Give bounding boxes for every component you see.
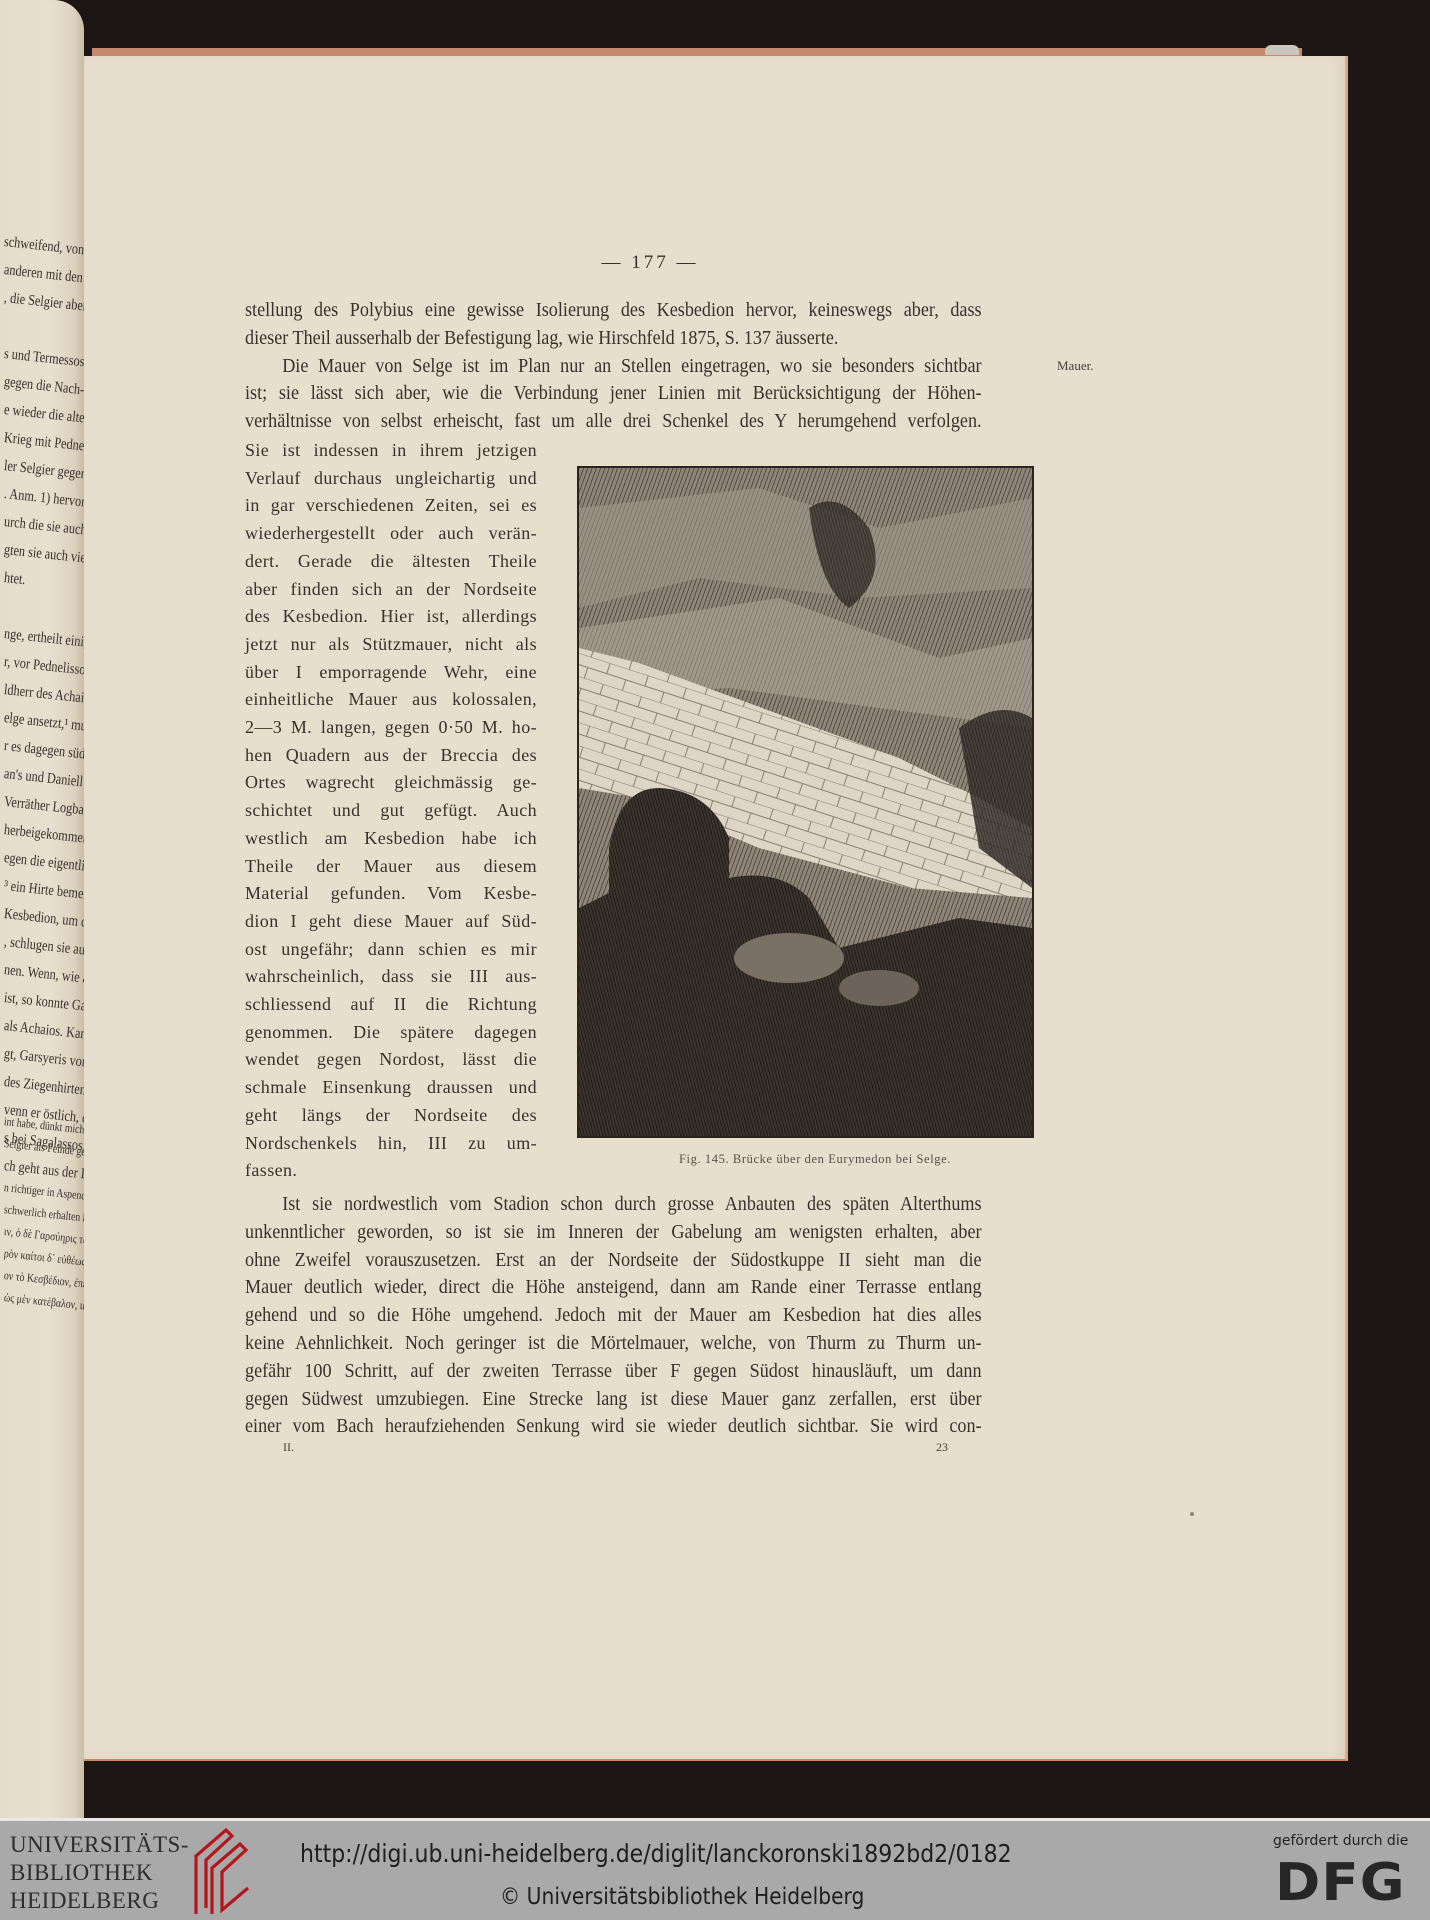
text-line: über I emporragende Wehr, eine	[245, 658, 537, 686]
text-line: unkenntlicher geworden, so ist sie im In…	[245, 1219, 982, 1247]
text-line: ist; sie lässt sich aber, wie die Verbin…	[245, 380, 982, 408]
text-line: Nordschenkels hin, III zu um-	[245, 1129, 537, 1157]
ub-heidelberg-logo-icon[interactable]	[188, 1826, 258, 1920]
text-line: Verlauf durchaus ungleichartig und	[245, 464, 537, 492]
text-line: verhältnisse von selbst erheischt, fast …	[245, 408, 982, 436]
text-line: schichtet und gut gefügt. Auch	[245, 796, 537, 824]
text-line: ost ungefähr; dann schien es mir	[245, 935, 537, 963]
library-name-line-3: HEIDELBERG	[10, 1887, 189, 1915]
bridge-engraving-image	[579, 468, 1032, 1136]
left-page-footnote-fragments: int habe, dünkt mich trotzSelgier als Fe…	[4, 1110, 84, 1308]
text-line: gefähr 100 Schritt, auf der zweiten Terr…	[245, 1358, 982, 1386]
dfg-logo-icon[interactable]: DFG	[1275, 1857, 1406, 1909]
text-line: Theile der Mauer aus diesem	[245, 852, 537, 880]
text-line: Ortes wagrecht gleichmässig ge-	[245, 768, 537, 796]
figure-caption: Fig. 145. Brücke über den Eurymedon bei …	[650, 1152, 980, 1167]
text-line: Sie ist indessen in ihrem jetzigen	[245, 436, 537, 464]
permalink-url[interactable]: http://digi.ub.uni-heidelberg.de/diglit/…	[300, 1839, 1012, 1868]
text-line: in gar verschiedenen Zeiten, sei es	[245, 491, 537, 519]
text-line: geht längs der Nordseite des	[245, 1101, 537, 1129]
left-page-text-fragments: schweifend, vonanderen mit den, die Selg…	[4, 228, 84, 1180]
library-name-line-2: BIBLIOTHEK	[10, 1859, 189, 1887]
text-line: dion I geht diese Mauer auf Süd-	[245, 907, 537, 935]
text-line: dieser Theil ausserhalb der Befestigung …	[245, 325, 982, 353]
figure-illustration	[577, 466, 1034, 1138]
text-line: hen Quadern aus der Breccia des	[245, 741, 537, 769]
copyright-notice: © Universitätsbibliothek Heidelberg	[500, 1884, 864, 1910]
text-line: Material gefunden. Vom Kesbe-	[245, 879, 537, 907]
paper-speck	[1190, 1512, 1194, 1516]
text-line: wahrscheinlich, dass sie III aus-	[245, 962, 537, 990]
library-name-line-1: UNIVERSITÄTS-	[10, 1831, 189, 1859]
folio-number: 23	[936, 1440, 948, 1455]
text-line: des Kesbedion. Hier ist, allerdings	[245, 602, 537, 630]
text-line: aber finden sich an der Nordseite	[245, 575, 537, 603]
text-line: 2—3 M. langen, gegen 0·50 M. ho-	[245, 713, 537, 741]
text-line: Ist sie nordwestlich vom Stadion schon d…	[245, 1191, 982, 1219]
text-line: gehend und so die Höhe umgehend. Jedoch …	[245, 1302, 982, 1330]
text-line: jetzt nur als Stützmauer, nicht als	[245, 630, 537, 658]
text-line: ohne Zweifel vorauszusetzen. Erst an der…	[245, 1247, 982, 1275]
text-line: stellung des Polybius eine gewisse Isoli…	[245, 297, 982, 325]
text-line: Die Mauer von Selge ist im Plan nur an S…	[245, 353, 982, 381]
text-line: westlich am Kesbedion habe ich	[245, 824, 537, 852]
left-facing-page: schweifend, vonanderen mit den, die Selg…	[0, 0, 84, 1818]
text-line: einer vom Bach heraufziehenden Senkung w…	[245, 1413, 982, 1441]
text-line: schmale Einsenkung draussen und	[245, 1073, 537, 1101]
page-number: — 177 —	[585, 252, 715, 274]
text-line: fassen.	[245, 1156, 537, 1184]
text-line: wiederhergestellt oder auch verän-	[245, 519, 537, 547]
bookmark-tab	[1265, 45, 1299, 55]
text-line: gegen Südwest umzubiegen. Eine Strecke l…	[245, 1386, 982, 1414]
university-library-name[interactable]: UNIVERSITÄTS- BIBLIOTHEK HEIDELBERG	[10, 1831, 189, 1915]
signature-mark: II.	[283, 1440, 294, 1455]
funding-label: gefördert durch die	[1273, 1833, 1408, 1849]
text-line: dert. Gerade die ältesten Theile	[245, 547, 537, 575]
text-line: Mauer deutlich wieder, direct die Höhe a…	[245, 1274, 982, 1302]
text-line: schliessend auf II die Richtung	[245, 990, 537, 1018]
text-line: einheitliche Mauer aus kolossalen,	[245, 685, 537, 713]
text-line: genommen. Die spätere dagegen	[245, 1018, 537, 1046]
marginal-note: Mauer.	[1057, 358, 1093, 374]
text-line: wendet gegen Nordost, lässt die	[245, 1045, 537, 1073]
text-line: keine Aehnlichkeit. Noch geringer ist di…	[245, 1330, 982, 1358]
library-footer-bar: UNIVERSITÄTS- BIBLIOTHEK HEIDELBERG http…	[0, 1818, 1430, 1920]
